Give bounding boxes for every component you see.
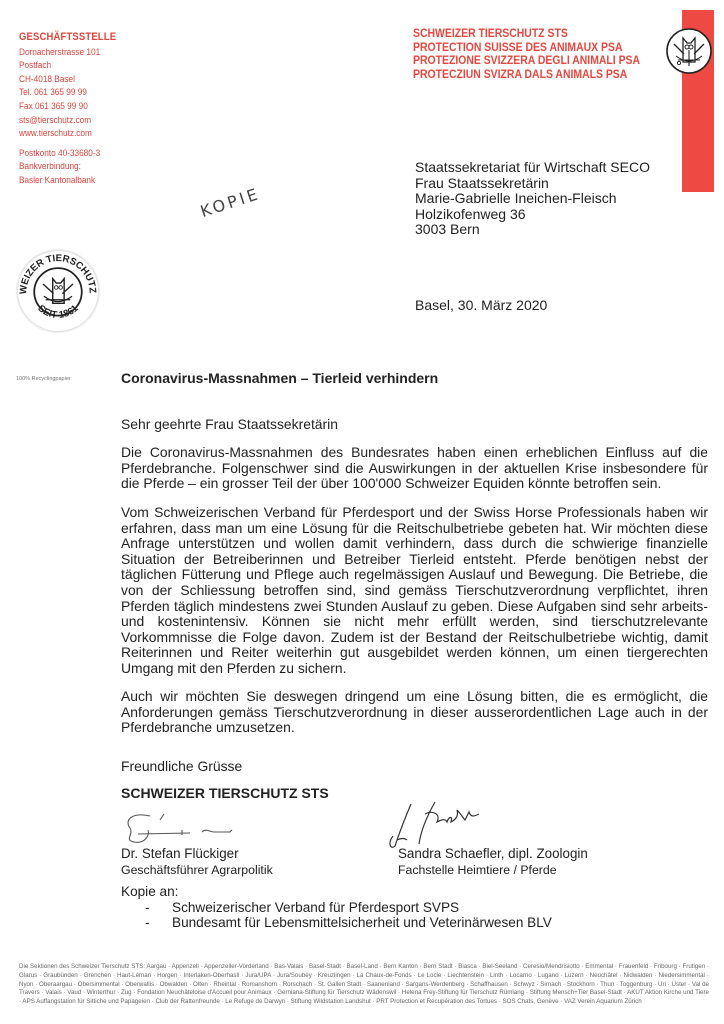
- recipient-line: Frau Staatssekretärin: [415, 176, 650, 192]
- cc-list: Schweizerischer Verband für Pferdesport …: [121, 900, 528, 931]
- signer-role: Fachstelle Heimtiere / Pferde: [398, 862, 588, 878]
- office-line: CH-4018 Basel: [19, 73, 116, 87]
- signature-image: [385, 800, 495, 852]
- office-phone: Tel. 061 365 99 99: [19, 86, 116, 100]
- paragraph: Die Coronavirus-Massnahmen des Bundesrat…: [121, 445, 708, 492]
- bank-line: Bankverbindung:: [19, 160, 116, 174]
- recipient-line: Staatssekretariat für Wirtschaft SECO: [415, 160, 650, 176]
- office-heading: GESCHÄFTSSTELLE: [19, 31, 116, 45]
- office-fax: Fax 061 365 99 90: [19, 100, 116, 114]
- recipient-line: Holzikofenweg 36: [415, 207, 650, 223]
- owl-logo-icon: [664, 26, 714, 76]
- cc-item: Schweizerischer Verband für Pferdesport …: [145, 900, 552, 916]
- recipient-address: Staatssekretariat für Wirtschaft SECO Fr…: [415, 160, 650, 238]
- salutation: Sehr geehrte Frau Staatssekretärin: [121, 416, 708, 432]
- signer: Sandra Schaefler, dipl. Zoologin Fachste…: [398, 846, 588, 878]
- signer-role: Geschäftsführer Agrarpolitik: [121, 862, 273, 878]
- signer-name: Dr. Stefan Flückiger: [121, 846, 273, 862]
- signer: Dr. Stefan Flückiger Geschäftsführer Agr…: [121, 846, 273, 878]
- org-name-fr: PROTECTION SUISSE DES ANIMAUX PSA: [413, 41, 640, 55]
- bank-line: Postkonto 40-33680-3: [19, 147, 116, 161]
- cc-item: Bundesamt für Lebensmittelsicherheit und…: [145, 915, 552, 931]
- office-address-block: GESCHÄFTSSTELLE Dornacherstrasse 101 Pos…: [19, 31, 116, 188]
- recipient-line: Marie-Gabrielle Ineichen-Fleisch: [415, 191, 650, 207]
- org-name-rm: PROTECZIUN SVIZRA DALS ANIMALS PSA: [413, 68, 640, 82]
- kopie-stamp: KOPIE: [198, 184, 263, 221]
- sender-organization: SCHWEIZER TIERSCHUTZ STS: [121, 785, 708, 801]
- paragraph: Vom Schweizerischen Verband für Pferdesp…: [121, 505, 708, 677]
- letter-subject: Coronavirus-Massnahmen – Tierleid verhin…: [121, 370, 708, 386]
- paragraph: Auch wir möchten Sie deswegen dringend u…: [121, 689, 708, 736]
- organization-names: SCHWEIZER TIERSCHUTZ STS PROTECTION SUIS…: [413, 27, 640, 81]
- seal-logo-icon: SCHWEIZER TIERSCHUTZ STS · SEIT 1861 ·: [14, 247, 102, 335]
- bank-line: Basler Kantonalbank: [19, 174, 116, 188]
- cc-label: Kopie an:: [121, 884, 528, 900]
- office-email[interactable]: sts@tierschutz.com: [19, 114, 116, 128]
- org-name-it: PROTEZIONE SVIZZERA DEGLI ANIMALI PSA: [413, 54, 640, 68]
- closing: Freundliche Grüsse: [121, 758, 708, 774]
- office-line: Dornacherstrasse 101: [19, 46, 116, 60]
- recycling-note: 100% Recyclingpapier: [16, 376, 71, 382]
- signature-image: [120, 808, 260, 848]
- office-line: Postfach: [19, 59, 116, 73]
- office-website[interactable]: www.tierschutz.com: [19, 127, 116, 141]
- letter-date: Basel, 30. März 2020: [415, 297, 547, 313]
- footer-sections: Die Sektionen des Schweizer Tierschutz S…: [19, 963, 709, 1007]
- copy-recipients: Kopie an: Schweizerischer Verband für Pf…: [121, 884, 528, 931]
- recipient-line: 3003 Bern: [415, 222, 650, 238]
- org-name-de: SCHWEIZER TIERSCHUTZ STS: [413, 27, 640, 41]
- signer-name: Sandra Schaefler, dipl. Zoologin: [398, 846, 588, 862]
